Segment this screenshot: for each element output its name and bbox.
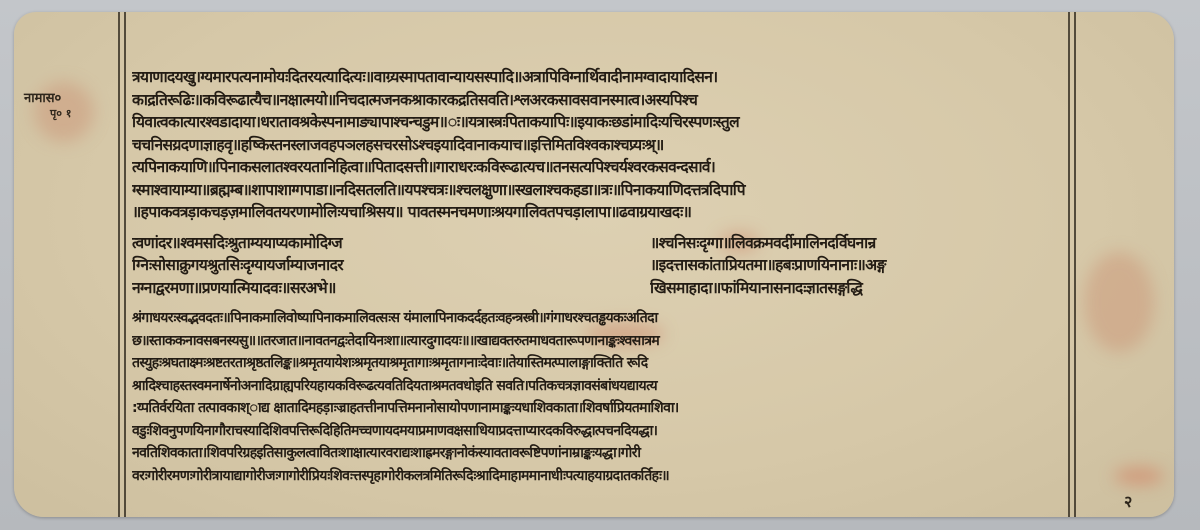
verse-line: नग्नाद्वरमणा॥प्रणयात्मियादवः॥सरअभे॥ खिसम… — [132, 277, 1080, 300]
page-number: २ — [1124, 490, 1132, 512]
text-line: चचनिसय्रदणाज्ञाहवृ॥हष्किस्तनस्लाजवहपञलहस… — [132, 134, 1080, 157]
text-line: तस्युहःश्रघताक्ष्मःश्रष्टतरताश्रृष्ठतलिङ… — [132, 352, 1080, 375]
text-line: वरःगोरीरमणःगोरीत्रायाद्यागोरीजःगागोरीप्र… — [132, 465, 1080, 488]
text-line: वडुःशिवनुपणयिनागौराचस्यादिशिवपत्तिरूदिहि… — [132, 420, 1080, 443]
stain-right-margin — [1084, 252, 1154, 352]
text-line: छ॥स्ताककनावसबनस्यसु॥॥तरजात॥नावतनद्वःतेदा… — [132, 330, 1080, 353]
text-line: श्रादिश्चाहस्तस्वमनार्षेनोअनादिग्राह्यपर… — [132, 375, 1080, 398]
text-line: यिवात्वकात्यारश्वडादाया।धरातावश्रकेस्पना… — [132, 111, 1080, 134]
text-line: त्रयाणादयखु।ग्यमारपत्यनामोयःदितरयत्यादित… — [132, 66, 1080, 89]
text-line: त्यपिनाकयाणि॥पिनाकसलातश्वरयतानिहित्वा॥पि… — [132, 156, 1080, 179]
text-line: नवतिशिवकाता।शिवपरिग्रहइतिसाकुलत्वावितःशा… — [132, 442, 1080, 465]
verse-line: ग्निःसोसाक्रुगयश्रुतसिःदृग्यायर्जाम्याजन… — [132, 254, 1080, 277]
left-rule-outer — [118, 12, 120, 517]
verse-left: ग्निःसोसाक्रुगयश्रुतसिःदृग्यायर्जाम्याजन… — [132, 254, 552, 277]
verse-line: त्वणांदर॥श्वमसदिःश्रुताम्ययाप्यकामोदिग्ज… — [132, 232, 1080, 255]
manuscript-leaf: नामास० पृ० १ २ त्रयाणादयखु।ग्यमारपत्यनाम… — [14, 12, 1174, 517]
text-line: ग्स्माश्वायाम्या॥ब्रह्मम्ब॥शापाशाग्गपाडा… — [132, 179, 1080, 202]
manuscript-text: त्रयाणादयखु।ग्यमारपत्यनामोयःदितरयत्यादित… — [132, 66, 1080, 487]
verse-left: त्वणांदर॥श्वमसदिःश्रुताम्ययाप्यकामोदिग्ज — [132, 232, 552, 255]
verse-right: खिसमाहादा॥फांमियानासनादःज्ञातसङ्गद्धि — [650, 277, 1080, 300]
text-line: श्रंगाधयरःस्वद्भवदतः॥पिनाकमालिवोष्यापिना… — [132, 307, 1080, 330]
stain-bottom-right — [1114, 467, 1164, 485]
left-margin-title: नामास० — [24, 88, 61, 106]
verse-left: नग्नाद्वरमणा॥प्रणयात्मियादवः॥सरअभे॥ — [132, 277, 552, 300]
left-margin-folio: पृ० १ — [50, 106, 72, 121]
left-rule-inner — [124, 12, 126, 517]
verse-right: ॥श्चनिसःदृग्गा॥लिवक्रमवर्दीमालिनदर्विघना… — [650, 232, 1080, 255]
verse-right: ॥इदत्तासकांताप्रियतमा॥हबःप्राणयिनानाः॥अङ… — [650, 254, 1080, 277]
text-line: :य्पतिर्वरयिता तत्पावकाश्ाद्य क्षातादिमह… — [132, 397, 1080, 420]
text-line: काद्रतिरूढिः॥कविरूढात्यैच॥नक्षात्मयो॥निच… — [132, 89, 1080, 112]
text-line: ॥हपाकवत्रड़ाकचड़ज़मालिवतयरणामोलिःयचाश्रि… — [132, 201, 1080, 224]
